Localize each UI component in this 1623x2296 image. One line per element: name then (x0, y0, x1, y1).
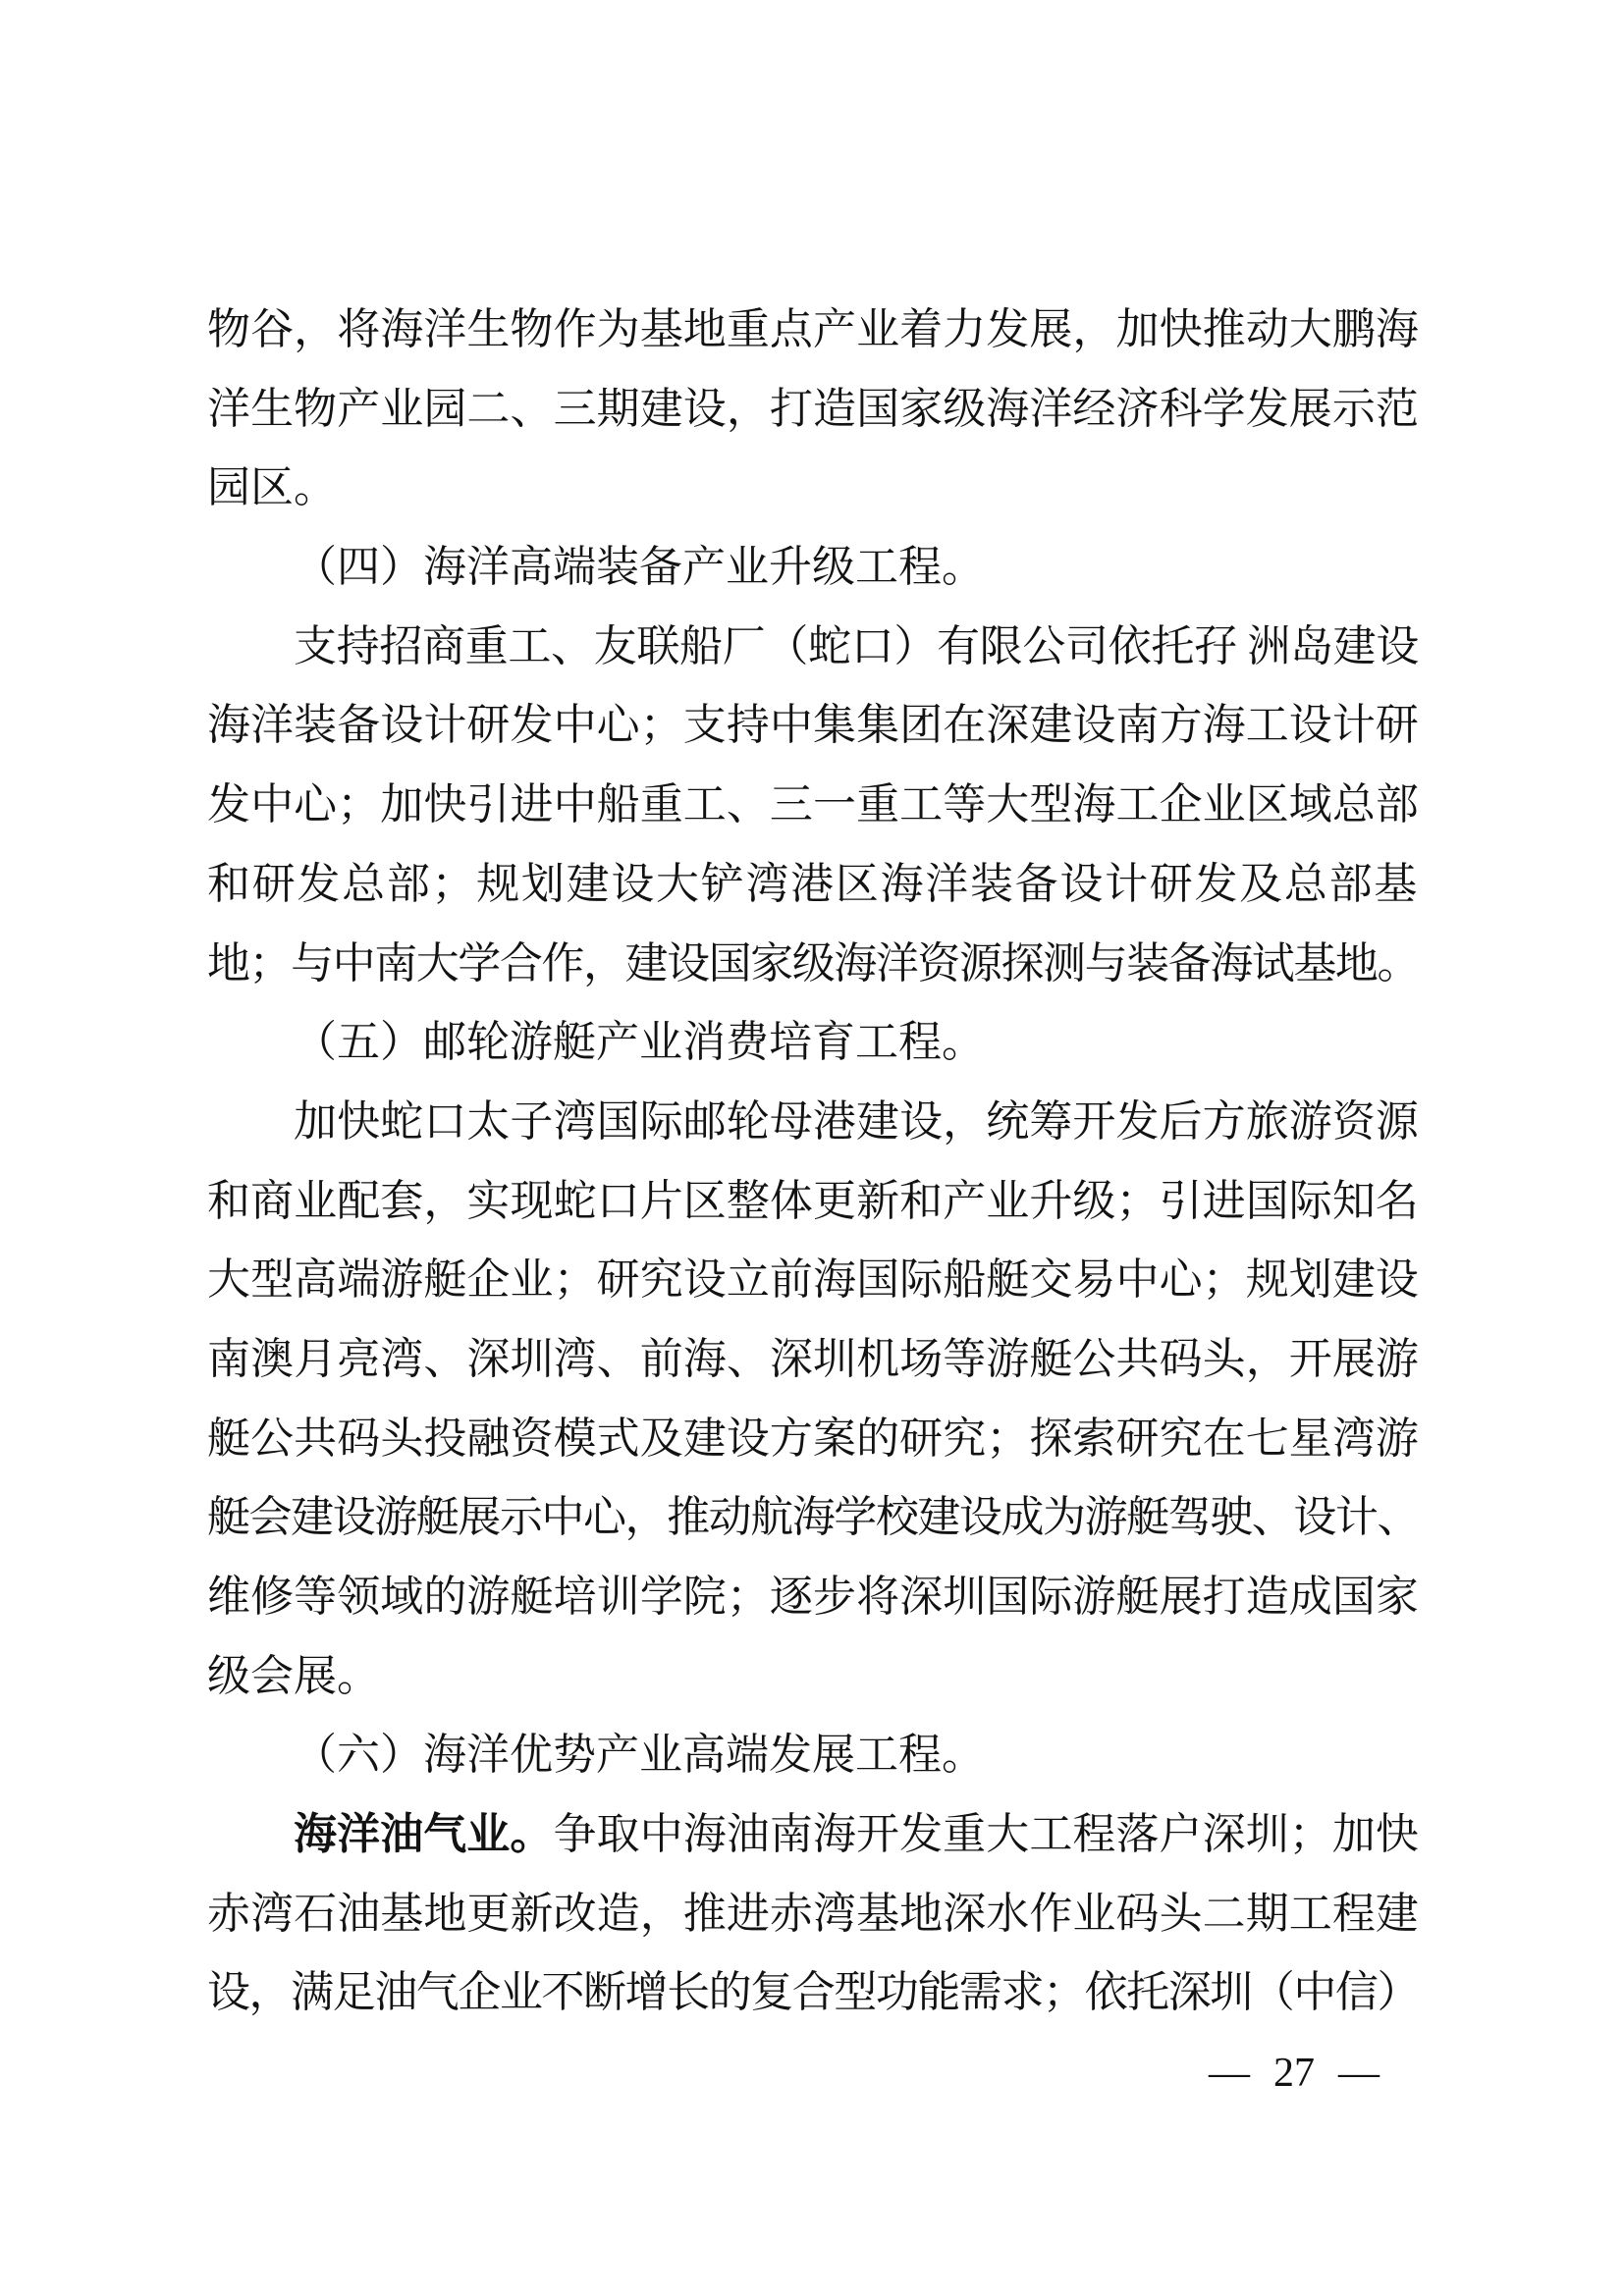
text-line-content: 大型高端游艇企业；研究设立前海国际船艇交易中心；规划建设 (207, 1241, 1419, 1320)
text-line-content: 支持招商重工、友联船厂（蛇口）有限公司依托孖 洲岛建设 (294, 608, 1419, 687)
document-body: 物谷，将海洋生物作为基地重点产业着力发展，加快推动大鹏海洋生物产业园二、三期建设… (207, 291, 1419, 2033)
text-line: 艇公共码头投融资模式及建设方案的研究；探索研究在七星湾游 (207, 1400, 1419, 1479)
text-line: 物谷，将海洋生物作为基地重点产业着力发展，加快推动大鹏海 (207, 291, 1419, 370)
text-line: 地；与中南大学合作，建设国家级海洋资源探测与装备海试基地。 (207, 925, 1419, 1004)
bold-term: 海洋油气业。 (294, 1810, 553, 1858)
text-line: 发中心；加快引进中船重工、三一重工等大型海工企业区域总部 (207, 766, 1419, 845)
text-line-content: 发中心；加快引进中船重工、三一重工等大型海工企业区域总部 (207, 766, 1419, 845)
text-line-content: 南澳月亮湾、深圳湾、前海、深圳机场等游艇公共码头，开展游 (207, 1320, 1419, 1400)
text-line-content: （四）海洋高端装备产业升级工程。 (294, 528, 985, 608)
text-line-content: 地；与中南大学合作，建设国家级海洋资源探测与装备海试基地。 (207, 925, 1419, 1004)
text-line-content: 和研发总部；规划建设大铲湾港区海洋装备设计研发及总部基 (207, 845, 1419, 925)
text-line-content: 艇公共码头投融资模式及建设方案的研究；探索研究在七星湾游 (207, 1400, 1419, 1479)
heading-line: （五）邮轮游艇产业消费培育工程。 (207, 1003, 1419, 1083)
text-line: 赤湾石油基地更新改造，推进赤湾基地深水作业码头二期工程建 (207, 1875, 1419, 1954)
text-line: 园区。 (207, 449, 1419, 528)
text-line-content: 赤湾石油基地更新改造，推进赤湾基地深水作业码头二期工程建 (207, 1875, 1419, 1954)
text-line: 艇会建设游艇展示中心，推动航海学校建设成为游艇驾驶、设计、 (207, 1478, 1419, 1558)
page-number-value: 27 (1273, 2048, 1315, 2099)
text-line-content: 物谷，将海洋生物作为基地重点产业着力发展，加快推动大鹏海 (207, 291, 1419, 370)
text-line: 支持招商重工、友联船厂（蛇口）有限公司依托孖 洲岛建设 (207, 608, 1419, 687)
text-line: 大型高端游艇企业；研究设立前海国际船艇交易中心；规划建设 (207, 1241, 1419, 1320)
text-line: 南澳月亮湾、深圳湾、前海、深圳机场等游艇公共码头，开展游 (207, 1320, 1419, 1400)
text-line-content: 设，满足油气企业不断增长的复合型功能需求；依托深圳（中信） (207, 1953, 1419, 2033)
text-line: 和商业配套，实现蛇口片区整体更新和产业升级；引进国际知名 (207, 1162, 1419, 1242)
text-line-content: 洋生物产业园二、三期建设，打造国家级海洋经济科学发展示范 (207, 370, 1419, 450)
text-line-content: 级会展。 (207, 1637, 380, 1717)
text-line: 维修等领域的游艇培训学院；逐步将深圳国际游艇展打造成国家 (207, 1558, 1419, 1637)
text-line-content: 海洋油气业。争取中海油南海开发重大工程落户深圳；加快 (294, 1795, 1419, 1875)
page-number-dash-left: — (1209, 2048, 1250, 2099)
page-number: — 27 — (1209, 2048, 1380, 2099)
text-line-content: 加快蛇口太子湾国际邮轮母港建设，统筹开发后方旅游资源 (294, 1083, 1419, 1162)
text-line: 级会展。 (207, 1637, 1419, 1717)
text-line-content: 园区。 (207, 449, 337, 528)
text-line-content: 艇会建设游艇展示中心，推动航海学校建设成为游艇驾驶、设计、 (207, 1478, 1419, 1558)
text-line-content: 和商业配套，实现蛇口片区整体更新和产业升级；引进国际知名 (207, 1162, 1419, 1242)
text-line: 加快蛇口太子湾国际邮轮母港建设，统筹开发后方旅游资源 (207, 1083, 1419, 1162)
text-line: 洋生物产业园二、三期建设，打造国家级海洋经济科学发展示范 (207, 370, 1419, 450)
page-number-dash-right: — (1338, 2048, 1380, 2099)
text-line-content: （五）邮轮游艇产业消费培育工程。 (294, 1003, 985, 1083)
heading-line: （四）海洋高端装备产业升级工程。 (207, 528, 1419, 608)
text-line: 和研发总部；规划建设大铲湾港区海洋装备设计研发及总部基 (207, 845, 1419, 925)
text-line: 海洋装备设计研发中心；支持中集集团在深建设南方海工设计研 (207, 686, 1419, 766)
heading-line: （六）海洋优势产业高端发展工程。 (207, 1716, 1419, 1795)
text-line-content: 海洋装备设计研发中心；支持中集集团在深建设南方海工设计研 (207, 686, 1419, 766)
text-line-content: （六）海洋优势产业高端发展工程。 (294, 1716, 985, 1795)
text-line: 海洋油气业。争取中海油南海开发重大工程落户深圳；加快 (207, 1795, 1419, 1875)
text-line-content: 维修等领域的游艇培训学院；逐步将深圳国际游艇展打造成国家 (207, 1558, 1419, 1637)
document-page: 物谷，将海洋生物作为基地重点产业着力发展，加快推动大鹏海洋生物产业园二、三期建设… (0, 0, 1623, 2296)
text-line: 设，满足油气企业不断增长的复合型功能需求；依托深圳（中信） (207, 1953, 1419, 2033)
